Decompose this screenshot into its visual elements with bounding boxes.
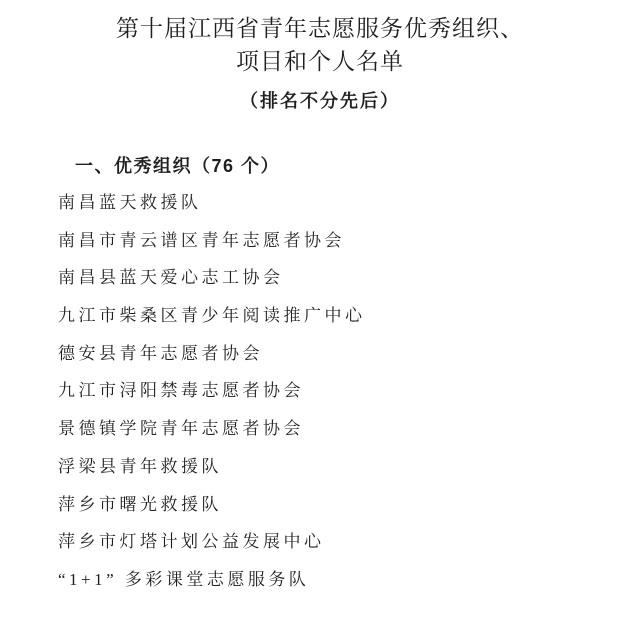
document-page: 第十届江西省青年志愿服务优秀组织、 项目和个人名单 （排名不分先后） 一、优秀组… [0, 0, 640, 617]
title-line-2: 项目和个人名单 [0, 45, 640, 78]
list-item: 九江市柴桑区青少年阅读推广中心 [58, 305, 640, 343]
list-item: 南昌市青云谱区青年志愿者协会 [58, 230, 640, 268]
ranking-note: （排名不分先后） [0, 91, 640, 112]
list-item: 南昌蓝天救援队 [58, 192, 640, 230]
list-item: 九江市浔阳禁毒志愿者协会 [58, 380, 640, 418]
list-item: 萍乡市曙光救援队 [58, 494, 640, 532]
title-line-1: 第十届江西省青年志愿服务优秀组织、 [0, 12, 640, 45]
list-item: 德安县青年志愿者协会 [58, 343, 640, 381]
document-title: 第十届江西省青年志愿服务优秀组织、 项目和个人名单 [0, 0, 640, 78]
list-item: “1+1” 多彩课堂志愿服务队 [58, 569, 640, 607]
list-item: 南昌县蓝天爱心志工协会 [58, 267, 640, 305]
org-list: 南昌蓝天救援队南昌市青云谱区青年志愿者协会南昌县蓝天爱心志工协会九江市柴桑区青少… [58, 192, 640, 607]
section-heading-organizations: 一、优秀组织（76 个） [75, 156, 640, 176]
list-item: 浮梁县青年救援队 [58, 456, 640, 494]
list-item: 萍乡市灯塔计划公益发展中心 [58, 531, 640, 569]
list-item: 景德镇学院青年志愿者协会 [58, 418, 640, 456]
